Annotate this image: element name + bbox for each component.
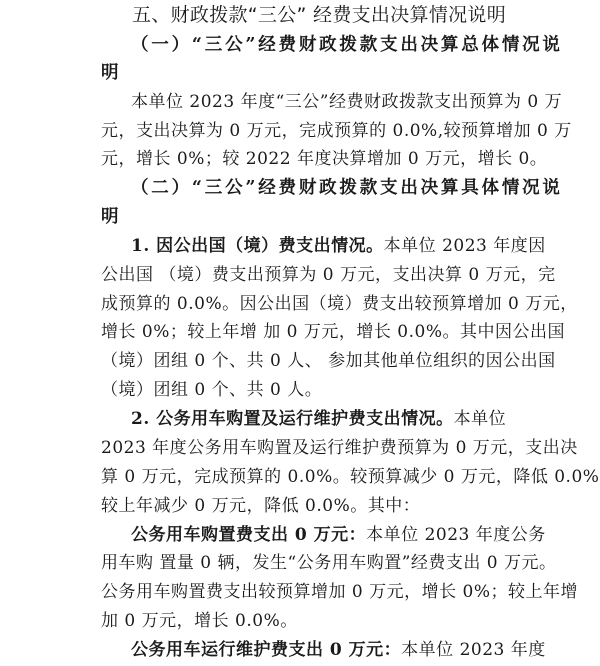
paragraph-line: 公务用车购置费支出较预算增加 0 万元，增长 0%；较上年增: [101, 581, 493, 603]
item-2b-heading: 公务用车运行维护费支出 0 万元：: [131, 640, 401, 660]
item-1-heading: 1. 因公出国（境）费支出情况。: [131, 236, 384, 256]
paragraph-line: 较上年减少 0 万元，降低 0.0%。其中：: [101, 495, 420, 517]
item-2a-lead: 公务用车购置费支出 0 万元：本单位 2023 年度公务: [131, 524, 546, 546]
paragraph-line: 元，支出决算为 0 万元，完成预算的 0.0%,较预算增加 0 万: [101, 120, 493, 142]
paragraph-line: 用车购 置量 0 辆，发生“公务用车购置”经费支出 0 万元。: [101, 552, 493, 574]
document-page: 五、财政拨款“三公” 经费支出决算情况说明 （一）“三公”经费财政拨款支出决算总…: [0, 0, 600, 666]
item-2-heading: 2. 公务用车购置及运行维护费支出情况。: [131, 409, 454, 429]
subsection-1-heading: （一）“三公”经费财政拨款支出决算总体情况说: [131, 34, 563, 56]
subsection-1-heading-cont: 明: [101, 62, 121, 84]
paragraph-line: 公出国 （境）费支出预算为 0 万元，支出决算 0 万元，完: [101, 264, 493, 286]
section-title: 五、财政拨款“三公” 经费支出决算情况说明: [132, 4, 506, 26]
paragraph-line: 2023 年度公务用车购置及运行维护费预算为 0 万元，支出决: [101, 437, 493, 459]
item-1-lead: 1. 因公出国（境）费支出情况。本单位 2023 年度因: [131, 235, 546, 257]
item-2-lead: 2. 公务用车购置及运行维护费支出情况。本单位: [131, 408, 506, 430]
paragraph-line: 加 0 万元，增长 0.0%。: [101, 610, 298, 632]
subsection-2-heading: （二）“三公”经费财政拨款支出决算具体情况说: [131, 177, 563, 199]
paragraph-line: （境）团组 0 个、共 0 人。: [101, 379, 322, 401]
item-2b-lead: 公务用车运行维护费支出 0 万元：本单位 2023 年度: [131, 639, 546, 661]
paragraph-line: （境）团组 0 个、共 0 人、 参加其他单位组织的因公出国: [101, 350, 493, 372]
paragraph-line: 本单位 2023 年度“三公”经费财政拨款支出预算为 0 万: [131, 91, 493, 113]
paragraph-line: 算 0 万元，完成预算的 0.0%。较预算减少 0 万元，降低 0.0%；: [101, 466, 493, 488]
item-2a-heading: 公务用车购置费支出 0 万元：: [131, 525, 366, 545]
paragraph-line: 增长 0%；较上年增 加 0 万元，增长 0.0%。其中因公出国: [101, 321, 493, 343]
paragraph-line: 元，增长 0%；较 2022 年度决算增加 0 万元，增长 0。: [101, 148, 547, 170]
paragraph-line: 成预算的 0.0%。因公出国（境）费支出较预算增加 0 万元，: [101, 293, 493, 315]
subsection-2-heading-cont: 明: [101, 206, 121, 228]
